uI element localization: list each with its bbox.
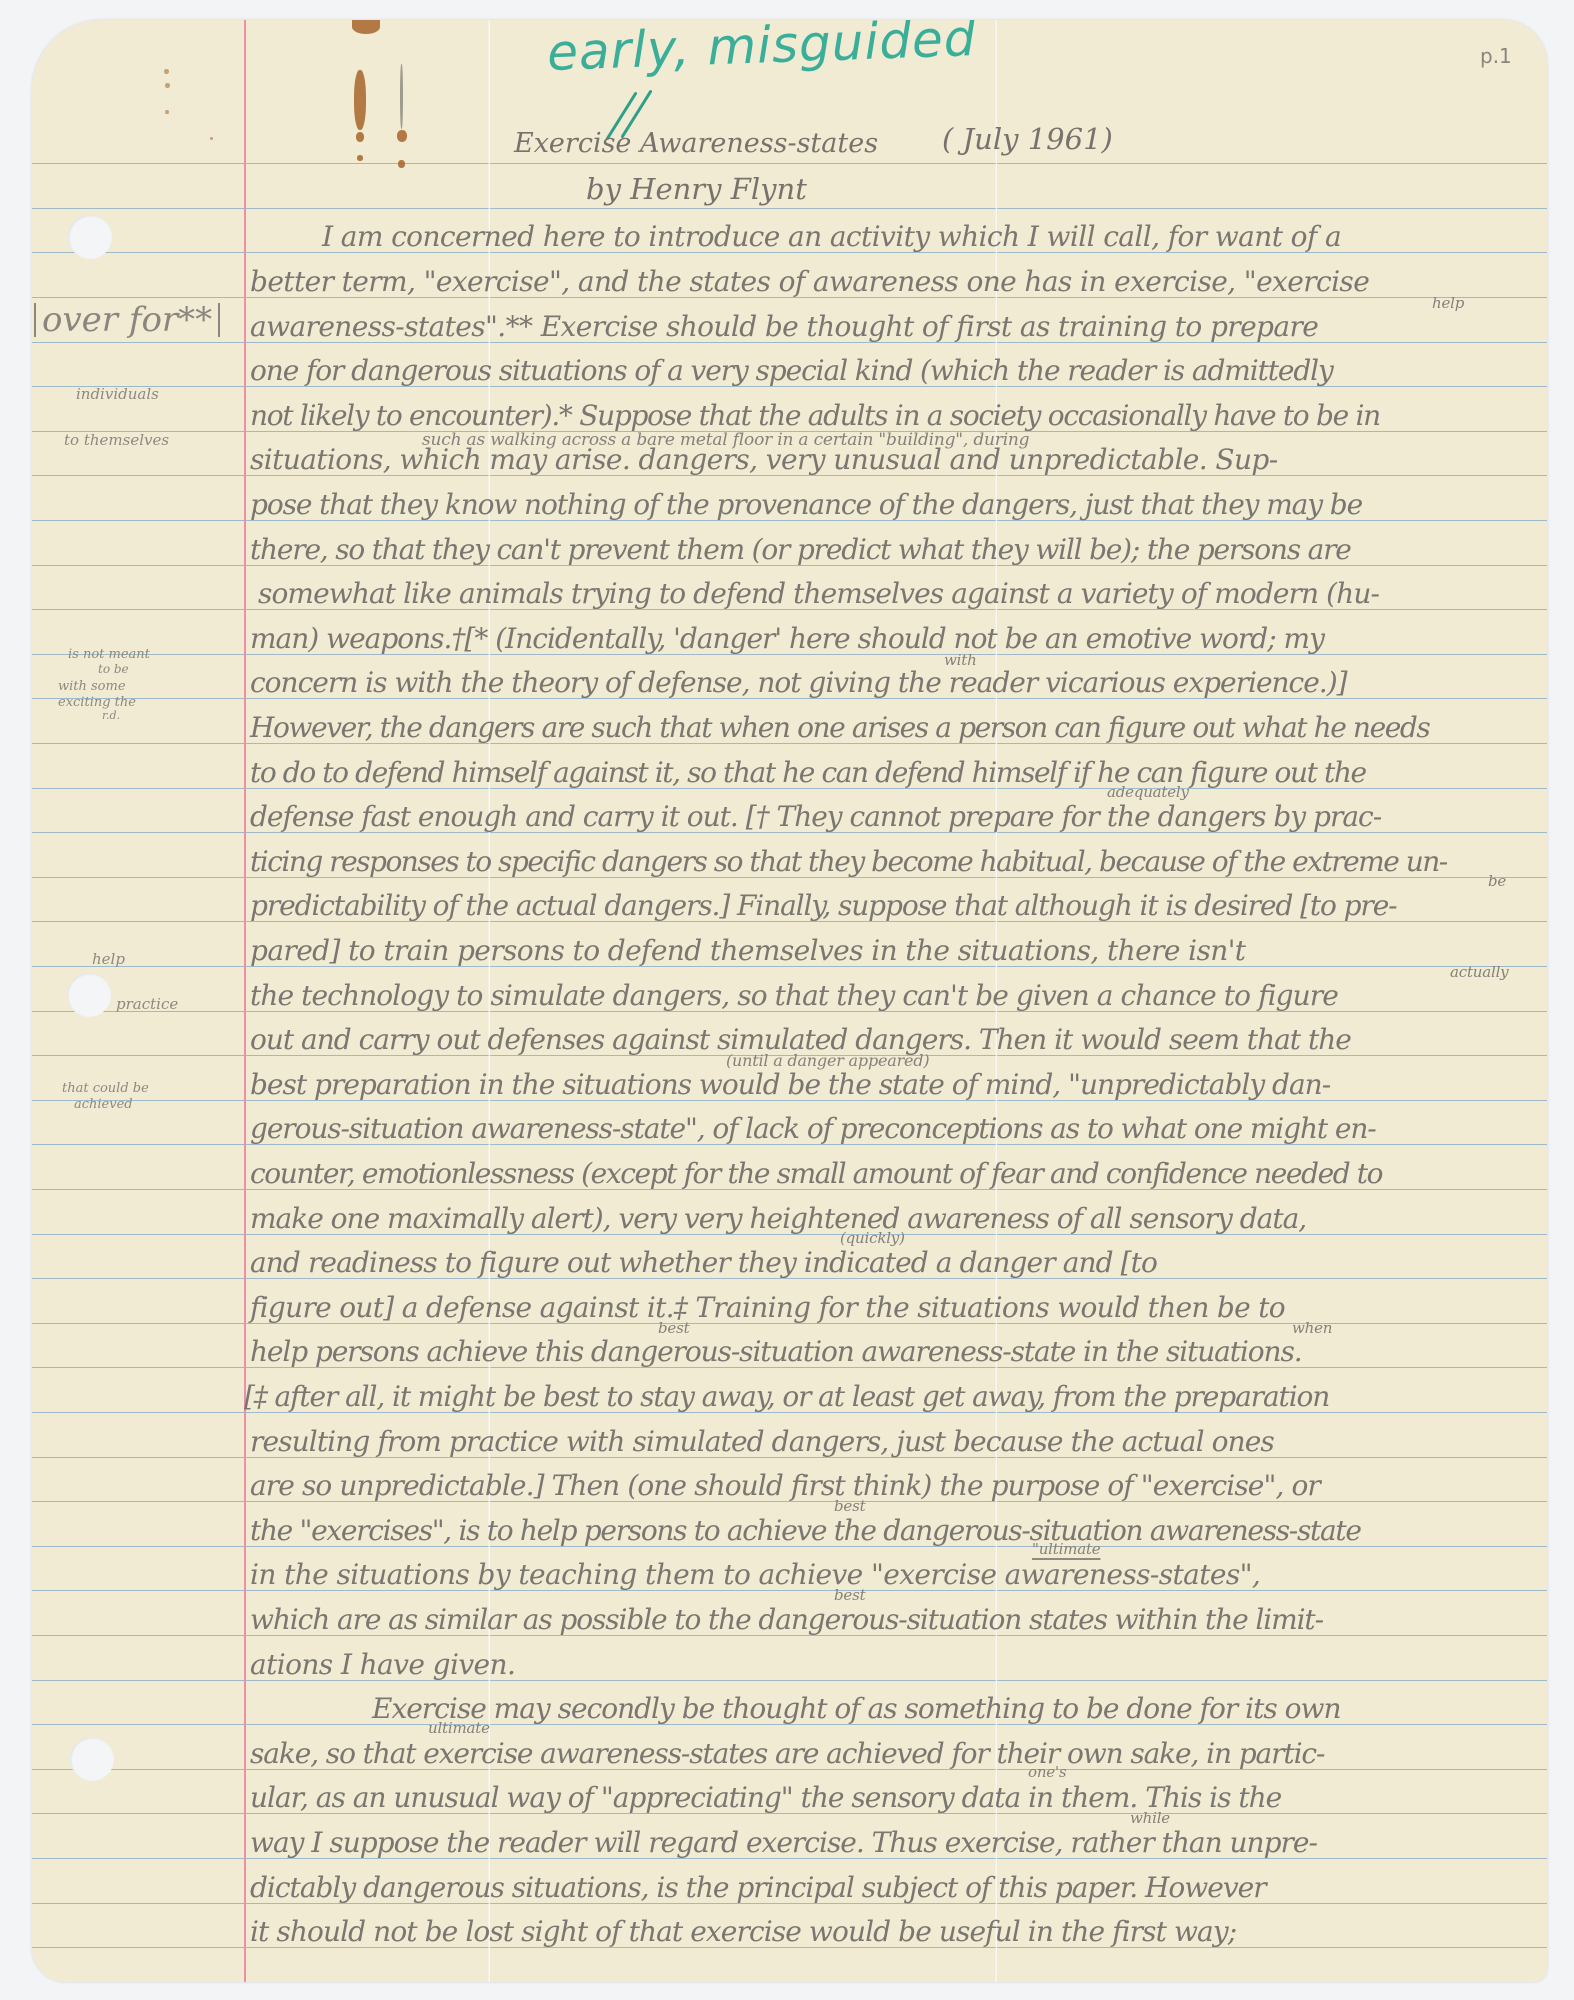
- margin-note: help: [92, 952, 125, 967]
- text-line: predictability of the actual dangers.] F…: [250, 892, 1397, 920]
- text-line: pared] to train persons to defend themse…: [250, 937, 1245, 965]
- insertion: with: [944, 653, 977, 668]
- text-line: figure out] a defense against it.‡ Train…: [250, 1294, 1285, 1322]
- text-line: ticing responses to specific dangers so …: [250, 848, 1447, 876]
- document-date: ( July 1961): [942, 125, 1113, 154]
- document-byline: by Henry Flynt: [586, 175, 807, 204]
- margin-note: individuals: [76, 387, 159, 402]
- text-line: defense fast enough and carry it out. [†…: [250, 803, 1381, 831]
- text-line: and readiness to figure out whether they…: [250, 1249, 1157, 1277]
- heading-annotation: early, misguided: [546, 20, 977, 78]
- text-line: to do to defend himself against it, so t…: [250, 759, 1366, 787]
- binder-hole: [68, 215, 112, 259]
- text-line: counter, emotionlessness (except for the…: [250, 1160, 1382, 1188]
- text-line: one for dangerous situations of a very s…: [250, 357, 1333, 385]
- insertion: best: [834, 1499, 865, 1514]
- text-line: it should not be lost sight of that exer…: [250, 1918, 1236, 1946]
- text-line: the technology to simulate dangers, so t…: [250, 982, 1338, 1010]
- margin-note: achieved: [74, 1098, 133, 1111]
- margin-note: r.d.: [102, 710, 120, 721]
- text-line: gerous-situation awareness-state", of la…: [250, 1115, 1376, 1143]
- insertion: one's: [1028, 1765, 1066, 1780]
- insertion: "ultimate: [1032, 1542, 1100, 1557]
- text-line: resulting from practice with simulated d…: [250, 1428, 1274, 1456]
- margin-note: practice: [116, 997, 178, 1012]
- margin-note-over-for: over for**: [34, 303, 220, 337]
- insertion: ultimate: [428, 1721, 490, 1736]
- text-line: situations, which may arise. dangers, ve…: [250, 446, 1278, 474]
- notebook-page: early, misguided p.1 Exercise Awareness-…: [32, 20, 1547, 1982]
- text-line: I am concerned here to introduce an acti…: [322, 223, 1341, 251]
- text-line: which are as similar as possible to the …: [250, 1606, 1323, 1634]
- text-line: better term, "exercise", and the states …: [250, 268, 1369, 296]
- insertion: best: [834, 1588, 865, 1603]
- text-line: dictably dangerous situations, is the pr…: [250, 1874, 1266, 1902]
- red-margin-line: [244, 20, 246, 1982]
- text-line: the "exercises", is to help persons to a…: [250, 1517, 1361, 1545]
- text-line: sake, so that exercise awareness-states …: [250, 1740, 1324, 1768]
- insertion: (quickly): [840, 1231, 905, 1246]
- binder-hole: [67, 973, 111, 1017]
- insertion: such as walking across a bare metal floo…: [422, 432, 1029, 449]
- text-line: pose that they know nothing of the prove…: [250, 491, 1362, 519]
- text-line: concern is with the theory of defense, n…: [250, 669, 1347, 697]
- text-line: way I suppose the reader will regard exe…: [250, 1829, 1317, 1857]
- text-line: However, the dangers are such that when …: [250, 714, 1429, 742]
- insertion: while: [1130, 1811, 1170, 1826]
- margin-note: that could be: [62, 1082, 149, 1095]
- text-line: ations I have given.: [250, 1651, 515, 1679]
- text-line: are so unpredictable.] Then (one should …: [250, 1472, 1320, 1500]
- text-line: awareness-states".** Exercise should be …: [250, 313, 1318, 341]
- text-line: [‡ after all, it might be best to stay a…: [244, 1383, 1329, 1411]
- text-line: Exercise may secondly be thought of as s…: [372, 1695, 1340, 1723]
- insertion: adequately: [1107, 785, 1189, 800]
- text-line: ular, as an unusual way of "appreciating…: [250, 1784, 1281, 1812]
- margin-note: to themselves: [64, 433, 169, 448]
- text-line: make one maximally alert), very very hei…: [250, 1205, 1306, 1233]
- rule-line: [32, 163, 1547, 164]
- text-line: in the situations by teaching them to ac…: [250, 1561, 1260, 1589]
- binder-hole: [70, 1737, 114, 1781]
- margin-note: to be: [98, 663, 129, 675]
- insertion: when: [1292, 1321, 1332, 1336]
- text-line: out and carry out defenses against simul…: [250, 1026, 1351, 1054]
- margin-note: with some: [58, 680, 126, 693]
- text-line: best preparation in the situations would…: [250, 1071, 1330, 1099]
- insertion: (until a danger appeared): [726, 1053, 929, 1069]
- text-line: somewhat like animals trying to defend t…: [258, 580, 1379, 608]
- margin-note: is not meant: [68, 648, 150, 661]
- rule-line: [32, 208, 1547, 209]
- insertion: help: [1432, 296, 1464, 311]
- margin-note: exciting the: [58, 696, 136, 709]
- insertion: best: [658, 1321, 689, 1336]
- document-title: Exercise Awareness-states: [514, 130, 878, 157]
- text-line: help persons achieve this dangerous-situ…: [250, 1338, 1302, 1366]
- insertion: be: [1488, 874, 1506, 889]
- insertion: actually: [1450, 965, 1508, 980]
- text-line: man) weapons.†[* (Incidentally, 'danger'…: [250, 625, 1324, 653]
- text-line: not likely to encounter).* Suppose that …: [250, 402, 1380, 430]
- page-number: p.1: [1480, 46, 1512, 66]
- text-line: there, so that they can't prevent them (…: [250, 536, 1351, 564]
